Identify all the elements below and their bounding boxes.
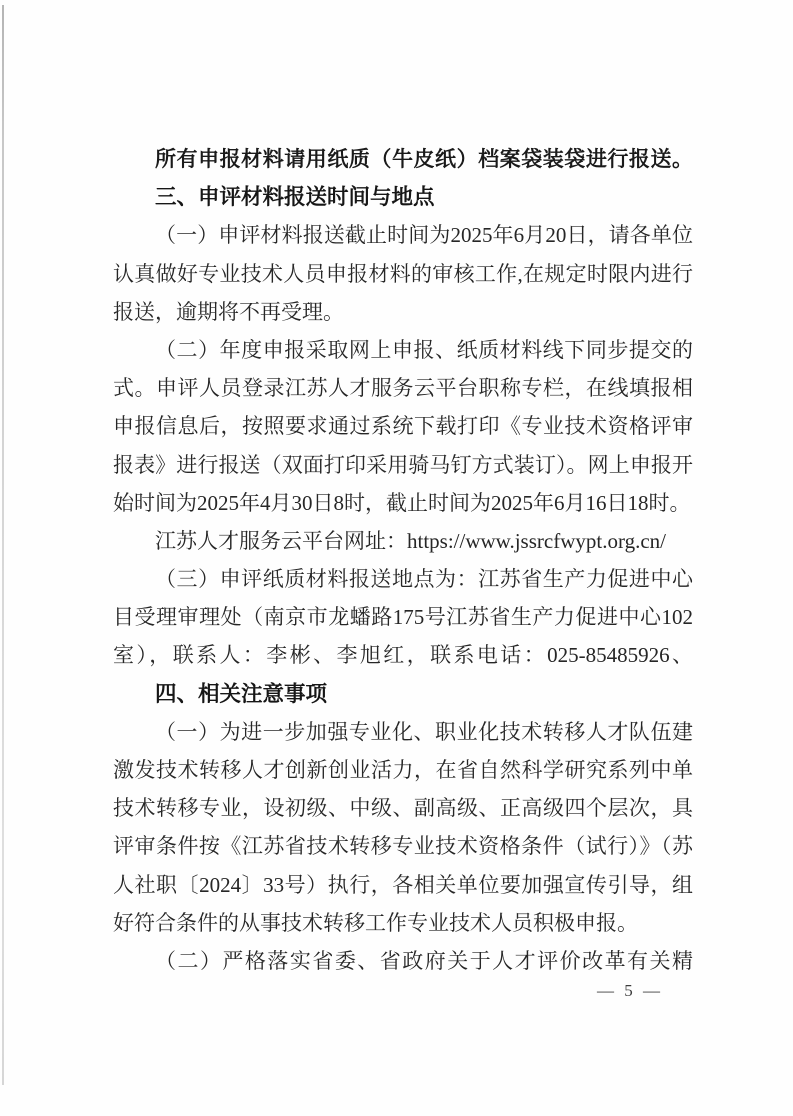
notice-kraft-envelope-line: 所有申报材料请用纸质（牛皮纸）档案袋装袋进行报送。	[113, 140, 693, 178]
para-tech-transfer-line-6: 好符合条件的从事技术转移工作专业技术人员积极申报。	[113, 904, 693, 942]
para-tech-transfer-line-3: 技术转移专业，设初级、中级、副高级、正高级四个层次，具体	[113, 789, 693, 827]
para-online-filing-line-3: 申报信息后，按照要求通过系统下载打印《专业技术资格评审申	[113, 407, 693, 445]
page-number: — 5 —	[597, 980, 663, 1002]
para-tech-transfer-line-4: 评审条件按《江苏省技术转移专业技术资格条件（试行）》（苏	[113, 827, 693, 865]
para-address-line-2: 目受理审理处（南京市龙蟠路175号江苏省生产力促进中心102	[113, 598, 693, 636]
para-tech-transfer-line-2: 激发技术转移人才创新创业活力，在省自然科学研究系列中单列	[113, 751, 693, 789]
para-online-filing-line-1: （二）年度申报采取网上申报、纸质材料线下同步提交的方	[113, 331, 693, 369]
para-deadline-line-3: 报送，逾期将不再受理。	[113, 293, 693, 331]
section-heading-3: 三、申评材料报送时间与地点	[113, 178, 693, 216]
para-deadline-line-1: （一）申评材料报送截止时间为2025年6月20日，请各单位	[113, 216, 693, 254]
platform-url-line: 江苏人才服务云平台网址：https://www.jssrcfwypt.org.c…	[113, 522, 693, 560]
document-content: 所有申报材料请用纸质（牛皮纸）档案袋装袋进行报送。三、申评材料报送时间与地点（一…	[113, 140, 693, 980]
para-online-filing-line-5: 始时间为2025年4月30日8时，截止时间为2025年6月16日18时。	[113, 484, 693, 522]
para-deadline-line-2: 认真做好专业技术人员申报材料的审核工作,在规定时限内进行	[113, 255, 693, 293]
section-heading-4: 四、相关注意事项	[113, 675, 693, 713]
para-online-filing-line-4: 报表》进行报送（双面打印采用骑马钉方式装订）。网上申报开	[113, 446, 693, 484]
para-evaluation-reform-line-1: （二）严格落实省委、省政府关于人才评价改革有关精神，	[113, 942, 693, 980]
scanned-document-page: 所有申报材料请用纸质（牛皮纸）档案袋装袋进行报送。三、申评材料报送时间与地点（一…	[0, 0, 793, 1116]
scan-edge-artifact	[2, 5, 4, 1085]
para-online-filing-line-2: 式。申评人员登录江苏人才服务云平台职称专栏，在线填报相关	[113, 369, 693, 407]
para-address-line-1: （三）申评纸质材料报送地点为：江苏省生产力促进中心项	[113, 560, 693, 598]
para-tech-transfer-line-1: （一）为进一步加强专业化、职业化技术转移人才队伍建设，	[113, 713, 693, 751]
para-tech-transfer-line-5: 人社职〔2024〕33号）执行，各相关单位要加强宣传引导，组织	[113, 866, 693, 904]
para-address-line-3: 室），联系人：李彬、李旭红，联系电话：025-85485926、85485935…	[113, 636, 693, 674]
